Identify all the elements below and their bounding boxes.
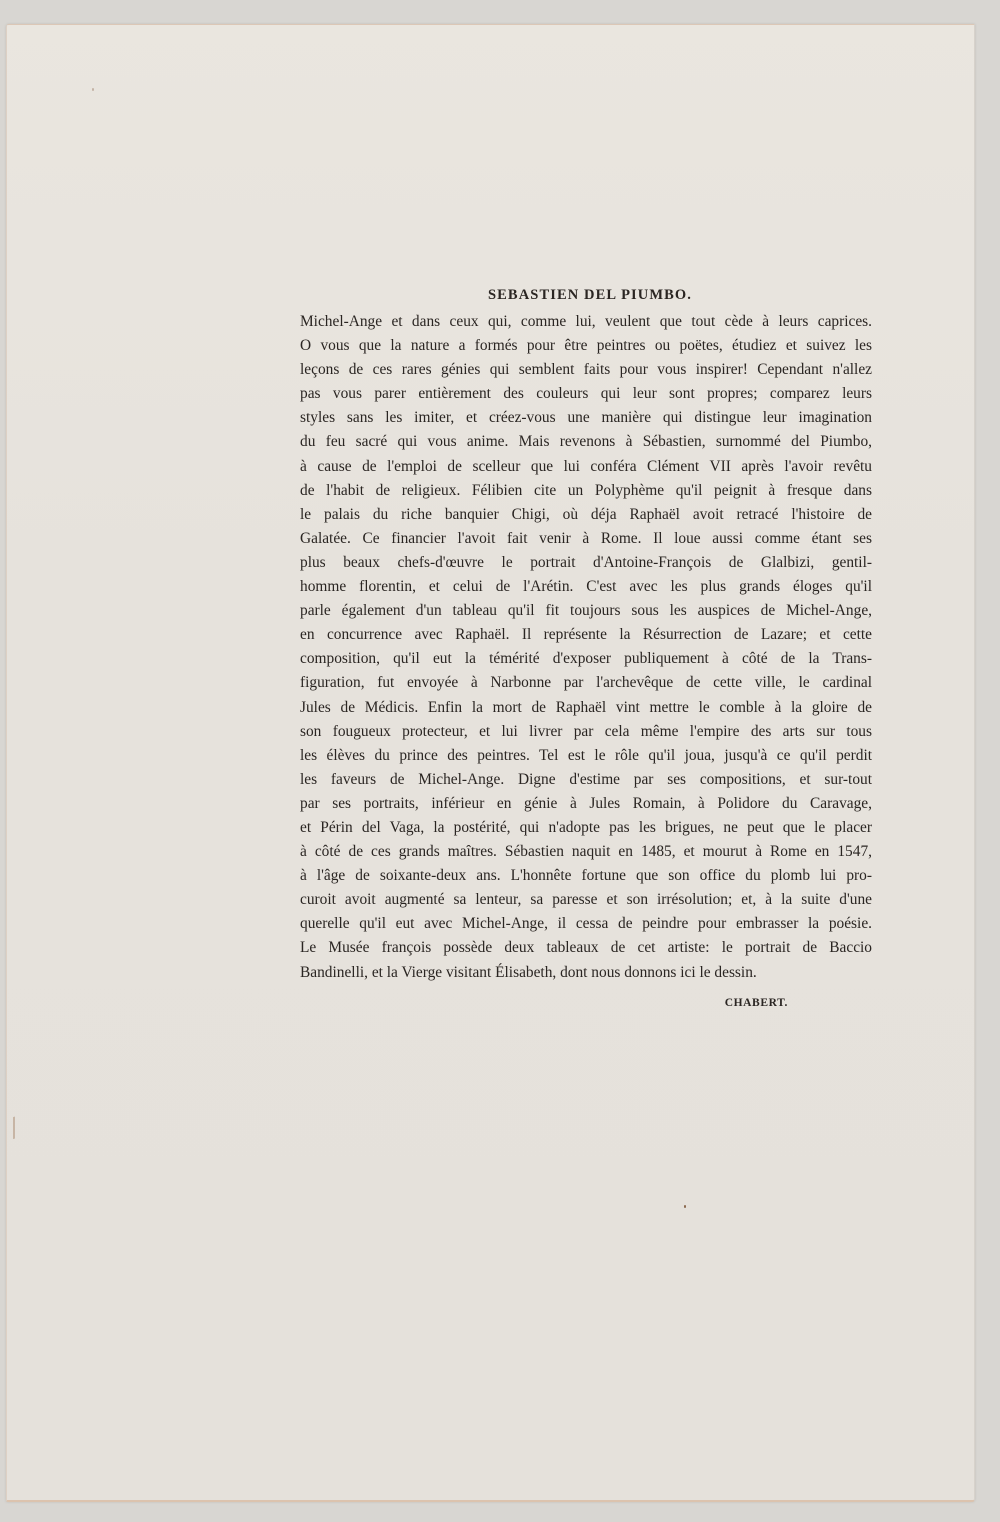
- text-line: leçons de ces rares génies qui semblent …: [300, 358, 872, 382]
- text-line: composition, qu'il eut la témérité d'exp…: [300, 647, 872, 671]
- text-line: Jules de Médicis. Enfin la mort de Rapha…: [300, 696, 872, 720]
- text-line: figuration, fut envoyée à Narbonne par l…: [300, 671, 872, 695]
- text-line: parle également d'un tableau qu'il fit t…: [300, 599, 872, 623]
- text-line: homme florentin, et celui de l'Arétin. C…: [300, 575, 872, 599]
- text-line: à l'âge de soixante-deux ans. L'honnête …: [300, 864, 872, 888]
- edge-tear: [13, 1113, 25, 1139]
- text-line: du feu sacré qui vous anime. Mais reveno…: [300, 430, 872, 454]
- text-line: et Périn del Vaga, la postérité, qui n'a…: [300, 816, 872, 840]
- text-line: les élèves du prince des peintres. Tel e…: [300, 744, 872, 768]
- text-line: Le Musée françois possède deux tableaux …: [300, 936, 872, 960]
- text-line: par ses portraits, inférieur en génie à …: [300, 792, 872, 816]
- page-title: SEBASTIEN DEL PIUMBO.: [308, 280, 872, 310]
- text-line: O vous que la nature a formés pour être …: [300, 334, 872, 358]
- paper-speck: [92, 88, 94, 91]
- text-line: styles sans les imiter, et créez-vous un…: [300, 406, 872, 430]
- text-line: querelle qu'il eut avec Michel-Ange, il …: [300, 912, 872, 936]
- text-line: pas vous parer entièrement des couleurs …: [300, 382, 872, 406]
- text-line: le palais du riche banquier Chigi, où dé…: [300, 503, 872, 527]
- text-line: Galatée. Ce financier l'avoit fait venir…: [300, 527, 872, 551]
- text-line: en concurrence avec Raphaël. Il représen…: [300, 623, 872, 647]
- document-text-block: SEBASTIEN DEL PIUMBO. Michel-Ange et dan…: [300, 270, 872, 1009]
- text-line: Michel-Ange et dans ceux qui, comme lui,…: [300, 310, 872, 334]
- text-line: de l'habit de religieux. Félibien cite u…: [300, 479, 872, 503]
- text-line: Bandinelli, et la Vierge visitant Élisab…: [300, 961, 872, 985]
- text-line: à cause de l'emploi de scelleur que lui …: [300, 455, 872, 479]
- paper-speck: [684, 1205, 686, 1208]
- author-signature: CHABERT.: [300, 997, 872, 1009]
- body-text: Michel-Ange et dans ceux qui, comme lui,…: [300, 310, 872, 985]
- text-line: curoit avoit augmenté sa lenteur, sa par…: [300, 888, 872, 912]
- text-line: les faveurs de Michel-Ange. Digne d'esti…: [300, 768, 872, 792]
- text-line: à côté de ces grands maîtres. Sébastien …: [300, 840, 872, 864]
- text-line: plus beaux chefs-d'œuvre le portrait d'A…: [300, 551, 872, 575]
- text-line: son fougueux protecteur, et lui livrer p…: [300, 720, 872, 744]
